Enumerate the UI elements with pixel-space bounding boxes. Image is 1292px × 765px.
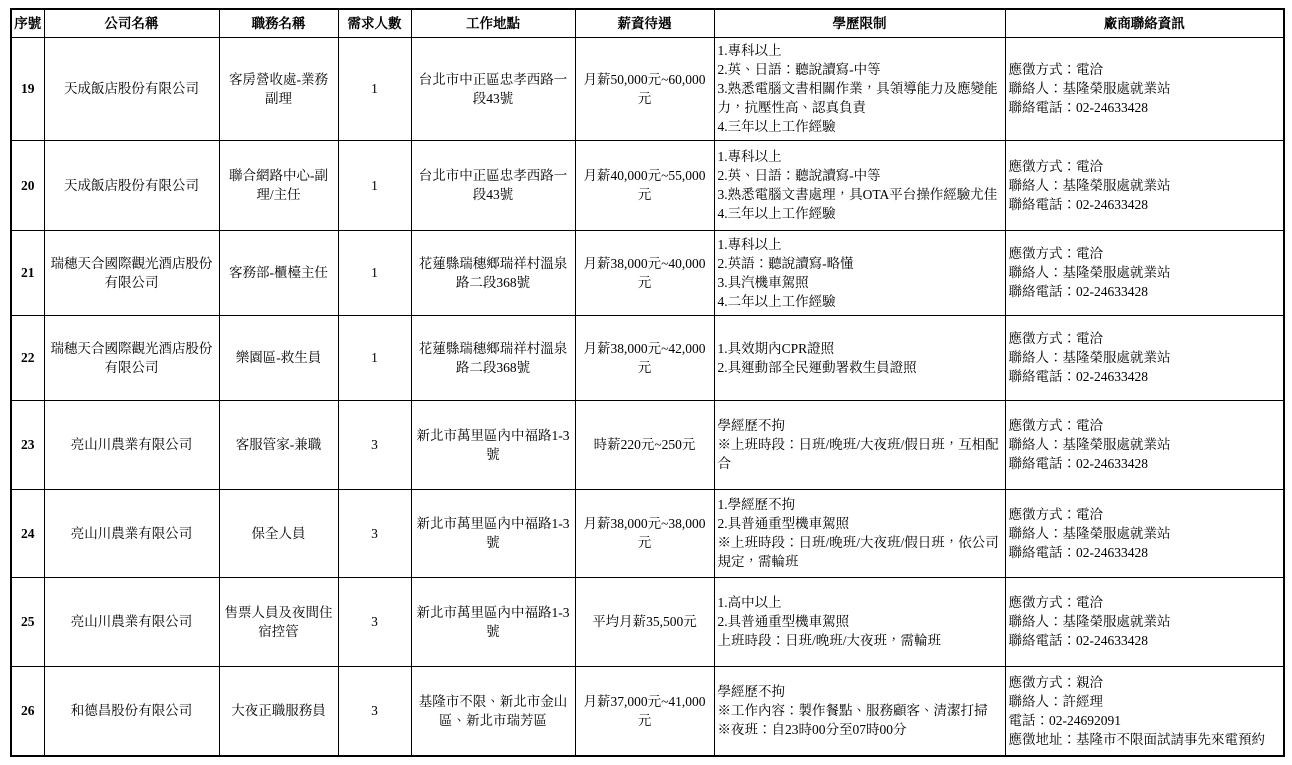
cell-job-title: 保全人員 [219, 489, 338, 577]
cell-salary: 月薪38,000元~38,000元 [575, 489, 714, 577]
cell-location: 新北市萬里區內中福路1-3號 [411, 577, 575, 666]
table-row: 24 亮山川農業有限公司 保全人員 3 新北市萬里區內中福路1-3號 月薪38,… [11, 489, 1284, 577]
cell-company: 亮山川農業有限公司 [44, 489, 219, 577]
column-header-headcount: 需求人數 [338, 9, 411, 37]
cell-location: 新北市萬里區內中福路1-3號 [411, 489, 575, 577]
cell-education: 學經歷不拘 ※工作內容：製作餐點、服務顧客、清潔打掃 ※夜班：自23時00分至0… [714, 666, 1005, 756]
column-header-salary: 薪資待遇 [575, 9, 714, 37]
header-row: 序號 公司名稱 職務名稱 需求人數 工作地點 薪資待遇 學歷限制 廠商聯絡資訊 [11, 9, 1284, 37]
cell-contact: 應徵方式：電洽 聯絡人：基隆榮服處就業站 聯絡電話：02-24633428 [1005, 37, 1284, 140]
cell-contact: 應徵方式：電洽 聯絡人：基隆榮服處就業站 聯絡電話：02-24633428 [1005, 577, 1284, 666]
cell-headcount: 1 [338, 140, 411, 230]
cell-company: 天成飯店股份有限公司 [44, 37, 219, 140]
column-header-contact: 廠商聯絡資訊 [1005, 9, 1284, 37]
cell-contact: 應徵方式：電洽 聯絡人：基隆榮服處就業站 聯絡電話：02-24633428 [1005, 140, 1284, 230]
cell-job-title: 售票人員及夜間住宿控管 [219, 577, 338, 666]
table-row: 20 天成飯店股份有限公司 聯合網路中心-副理/主任 1 台北市中正區忠孝西路一… [11, 140, 1284, 230]
cell-headcount: 3 [338, 666, 411, 756]
cell-education: 1.專科以上 2.英、日語：聽說讀寫-中等 3.熟悉電腦文書相關作業，具領導能力… [714, 37, 1005, 140]
cell-headcount: 3 [338, 489, 411, 577]
column-header-education: 學歷限制 [714, 9, 1005, 37]
cell-salary: 月薪37,000元~41,000元 [575, 666, 714, 756]
cell-job-title: 大夜正職服務員 [219, 666, 338, 756]
cell-location: 花蓮縣瑞穗鄉瑞祥村溫泉路二段368號 [411, 230, 575, 315]
cell-company: 亮山川農業有限公司 [44, 400, 219, 489]
cell-job-title: 客服管家-兼職 [219, 400, 338, 489]
cell-seq: 26 [11, 666, 44, 756]
cell-salary: 月薪50,000元~60,000元 [575, 37, 714, 140]
cell-salary: 平均月薪35,500元 [575, 577, 714, 666]
cell-company: 和德昌股份有限公司 [44, 666, 219, 756]
cell-company: 亮山川農業有限公司 [44, 577, 219, 666]
cell-education: 1.高中以上 2.具普通重型機車駕照 上班時段：日班/晚班/大夜班，需輪班 [714, 577, 1005, 666]
cell-education: 1.專科以上 2.英、日語：聽說讀寫-中等 3.熟悉電腦文書處理，具OTA平台操… [714, 140, 1005, 230]
cell-salary: 月薪40,000元~55,000元 [575, 140, 714, 230]
cell-location: 台北市中正區忠孝西路一段43號 [411, 37, 575, 140]
cell-seq: 23 [11, 400, 44, 489]
cell-contact: 應徵方式：親洽 聯絡人：許經理 電話：02-24692091 應徵地址：基隆市不… [1005, 666, 1284, 756]
cell-location: 基隆市不限、新北市金山區、新北市瑞芳區 [411, 666, 575, 756]
document-page: 序號 公司名稱 職務名稱 需求人數 工作地點 薪資待遇 學歷限制 廠商聯絡資訊 … [0, 0, 1292, 765]
cell-job-title: 樂園區-救生員 [219, 315, 338, 400]
cell-headcount: 1 [338, 315, 411, 400]
table-row: 22 瑞穗天合國際觀光酒店股份有限公司 樂園區-救生員 1 花蓮縣瑞穗鄉瑞祥村溫… [11, 315, 1284, 400]
cell-seq: 20 [11, 140, 44, 230]
cell-education: 1.具效期內CPR證照 2.具運動部全民運動署救生員證照 [714, 315, 1005, 400]
cell-contact: 應徵方式：電洽 聯絡人：基隆榮服處就業站 聯絡電話：02-24633428 [1005, 400, 1284, 489]
cell-location: 新北市萬里區內中福路1-3號 [411, 400, 575, 489]
cell-education: 1.專科以上 2.英語：聽說讀寫-略懂 3.具汽機車駕照 4.二年以上工作經驗 [714, 230, 1005, 315]
cell-job-title: 聯合網路中心-副理/主任 [219, 140, 338, 230]
table-row: 25 亮山川農業有限公司 售票人員及夜間住宿控管 3 新北市萬里區內中福路1-3… [11, 577, 1284, 666]
cell-headcount: 3 [338, 400, 411, 489]
cell-seq: 19 [11, 37, 44, 140]
cell-headcount: 1 [338, 230, 411, 315]
job-listing-table: 序號 公司名稱 職務名稱 需求人數 工作地點 薪資待遇 學歷限制 廠商聯絡資訊 … [10, 8, 1285, 757]
cell-company: 瑞穗天合國際觀光酒店股份有限公司 [44, 315, 219, 400]
table-row: 23 亮山川農業有限公司 客服管家-兼職 3 新北市萬里區內中福路1-3號 時薪… [11, 400, 1284, 489]
column-header-location: 工作地點 [411, 9, 575, 37]
cell-company: 瑞穗天合國際觀光酒店股份有限公司 [44, 230, 219, 315]
cell-seq: 22 [11, 315, 44, 400]
cell-salary: 月薪38,000元~42,000元 [575, 315, 714, 400]
cell-headcount: 3 [338, 577, 411, 666]
cell-seq: 21 [11, 230, 44, 315]
cell-company: 天成飯店股份有限公司 [44, 140, 219, 230]
cell-salary: 月薪38,000元~40,000元 [575, 230, 714, 315]
table-row: 26 和德昌股份有限公司 大夜正職服務員 3 基隆市不限、新北市金山區、新北市瑞… [11, 666, 1284, 756]
cell-location: 花蓮縣瑞穗鄉瑞祥村溫泉路二段368號 [411, 315, 575, 400]
cell-seq: 25 [11, 577, 44, 666]
column-header-job-title: 職務名稱 [219, 9, 338, 37]
cell-seq: 24 [11, 489, 44, 577]
cell-contact: 應徵方式：電洽 聯絡人：基隆榮服處就業站 聯絡電話：02-24633428 [1005, 489, 1284, 577]
column-header-company: 公司名稱 [44, 9, 219, 37]
table-row: 21 瑞穗天合國際觀光酒店股份有限公司 客務部-櫃檯主任 1 花蓮縣瑞穗鄉瑞祥村… [11, 230, 1284, 315]
cell-salary: 時薪220元~250元 [575, 400, 714, 489]
cell-education: 學經歷不拘 ※上班時段：日班/晚班/大夜班/假日班，互相配合 [714, 400, 1005, 489]
cell-headcount: 1 [338, 37, 411, 140]
cell-education: 1.學經歷不拘 2.具普通重型機車駕照 ※上班時段：日班/晚班/大夜班/假日班，… [714, 489, 1005, 577]
table-row: 19 天成飯店股份有限公司 客房營收處-業務副理 1 台北市中正區忠孝西路一段4… [11, 37, 1284, 140]
cell-job-title: 客務部-櫃檯主任 [219, 230, 338, 315]
cell-job-title: 客房營收處-業務副理 [219, 37, 338, 140]
column-header-seq: 序號 [11, 9, 44, 37]
cell-contact: 應徵方式：電洽 聯絡人：基隆榮服處就業站 聯絡電話：02-24633428 [1005, 230, 1284, 315]
cell-contact: 應徵方式：電洽 聯絡人：基隆榮服處就業站 聯絡電話：02-24633428 [1005, 315, 1284, 400]
cell-location: 台北市中正區忠孝西路一段43號 [411, 140, 575, 230]
